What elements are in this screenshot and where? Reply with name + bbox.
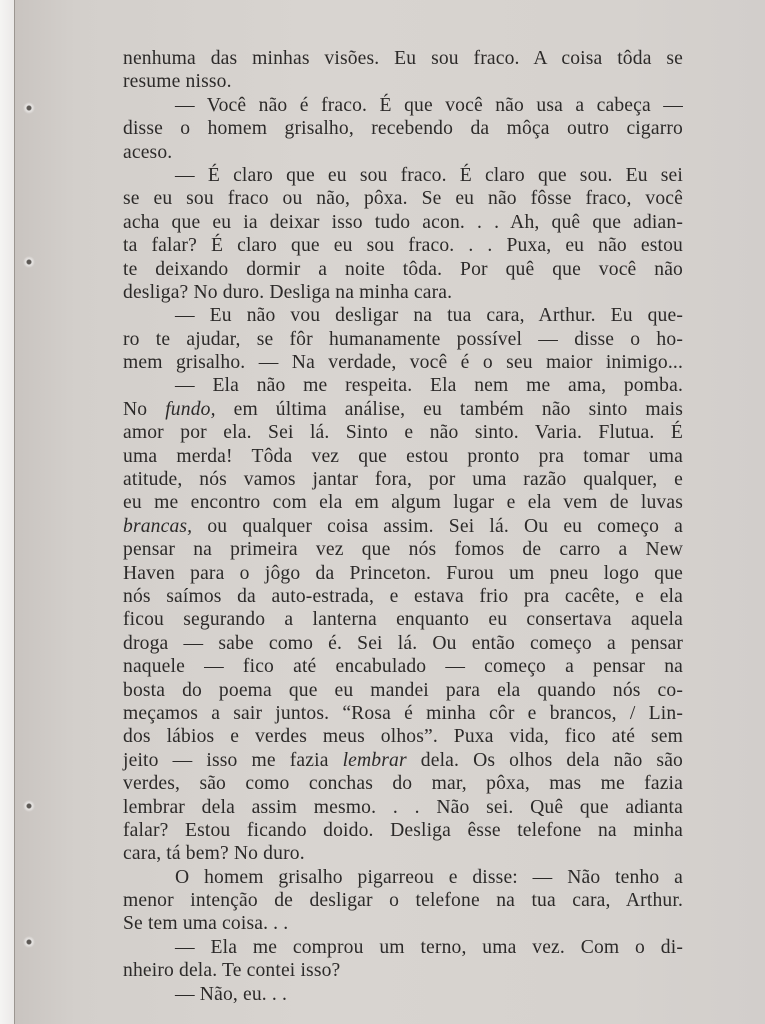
text-line: — Ela não me respeita. Ela nem me ama, p… [123,374,683,397]
text-line: brancas, ou qualquer coisa assim. Sei lá… [123,515,683,538]
text-line: acha que eu ia deixar isso tudo acon. . … [123,211,683,234]
text-line: jeito — isso me fazia lembrar dela. Os o… [123,749,683,772]
text-line: te deixando dormir a noite tôda. Por quê… [123,258,683,281]
text-line: nenhuma das minhas visões. Eu sou fraco.… [123,47,683,70]
text-line: lembrar dela assim mesmo. . . Não sei. Q… [123,796,683,819]
text-line: bosta do poema que eu mandei para ela qu… [123,679,683,702]
text-segment: em última análise, eu também não sinto m… [216,399,683,420]
binding-hole-icon [23,256,35,268]
text-line: falar? Estou ficando doido. Desliga êsse… [123,819,683,842]
text-segment: ou qualquer coisa assim. Sei lá. Ou eu c… [192,516,683,537]
text-line: — É claro que eu sou fraco. É claro que … [123,164,683,187]
text-line: menor intenção de desligar o telefone na… [123,889,683,912]
text-line: cara, tá bem? No duro. [123,842,683,865]
text-line: nheiro dela. Te contei isso? [123,959,683,982]
text-line: eu me encontro com ela em algum lugar e … [123,491,683,514]
text-line: ta falar? É claro que eu sou fraco. . . … [123,234,683,257]
text-segment: No [123,399,165,420]
text-line: No fundo, em última análise, eu também n… [123,398,683,421]
text-line: Se tem uma coisa. . . [123,912,683,935]
text-line: verdes, são como conchas do mar, pôxa, m… [123,772,683,795]
text-line: dos lábios e verdes meus olhos”. Puxa vi… [123,725,683,748]
text-line: mem grisalho. — Na verdade, você é o seu… [123,351,683,374]
text-line: aceso. [123,141,683,164]
text-line: uma merda! Tôda vez que estou pronto pra… [123,445,683,468]
text-line: atitude, nós vamos jantar fora, por uma … [123,468,683,491]
text-line: nós saímos da auto-estrada, e estava fri… [123,585,683,608]
italic-text: lembrar [343,750,407,771]
text-line: se eu sou fraco ou não, pôxa. Se eu não … [123,187,683,210]
text-line: ro te ajudar, se fôr humanamente possíve… [123,328,683,351]
text-line: droga — sabe como é. Sei lá. Ou então co… [123,632,683,655]
text-line: naquele — fico até encabulado — começo a… [123,655,683,678]
italic-text: brancas, [123,516,192,537]
text-segment: dela. Os olhos dela não são [407,750,683,771]
text-line: disse o homem grisalho, recebendo da môç… [123,117,683,140]
text-line: desliga? No duro. Desliga na minha cara. [123,281,683,304]
binding-hole-icon [23,936,35,948]
text-line: amor por ela. Sei lá. Sinto e não sinto.… [123,421,683,444]
text-line: — Ela me comprou um terno, uma vez. Com … [123,936,683,959]
text-line: — Você não é fraco. É que você não usa a… [123,94,683,117]
outside-page-margin [0,0,14,1024]
text-line: meçamos a sair juntos. “Rosa é minha côr… [123,702,683,725]
text-line: O homem grisalho pigarreou e disse: — Nã… [123,866,683,889]
text-line: ficou segurando a lanterna enquanto eu c… [123,608,683,631]
text-line: — Eu não vou desligar na tua cara, Arthu… [123,304,683,327]
text-segment: jeito — isso me fazia [123,750,343,771]
text-line: Haven para o jôgo da Princeton. Furou um… [123,562,683,585]
text-line: resume nisso. [123,70,683,93]
text-line: — Não, eu. . . [123,983,683,1006]
italic-text: fundo, [165,399,215,420]
text-line: pensar na primeira vez que nós fomos de … [123,538,683,561]
binding-hole-icon [23,102,35,114]
page-body-text: nenhuma das minhas visões. Eu sou fraco.… [123,47,683,1006]
binding-hole-icon [23,800,35,812]
